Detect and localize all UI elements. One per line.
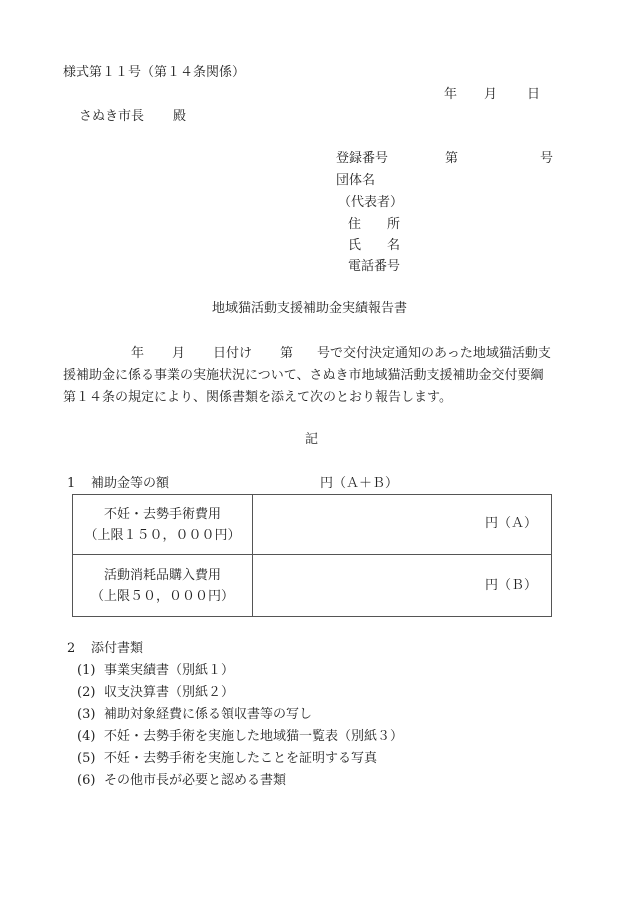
table-row-supplies-label: 活動消耗品購入費用 （上限５０，０００円） (73, 565, 252, 607)
address-label: 住 所 (348, 217, 400, 233)
surgery-cost-label: 不妊・去勢手術費用 (73, 504, 252, 525)
list-item-num: (2) (77, 685, 95, 701)
section1-number: 1 (67, 476, 75, 492)
phone-number-label: 電話番号 (348, 259, 400, 275)
list-item: 不妊・去勢手術を実施した地域猫一覧表（別紙３） (104, 729, 403, 745)
list-item: 事業実績書（別紙１） (104, 663, 234, 679)
surgery-cost-limit: （上限１５０，０００円） (73, 525, 252, 546)
date-year-label: 年 (444, 87, 457, 103)
section2-label: 添付書類 (91, 641, 143, 657)
addressee-honorific: 殿 (173, 109, 186, 125)
representative-label: （代表者） (338, 195, 403, 211)
document-title: 地域猫活動支援補助金実績報告書 (212, 301, 407, 317)
organization-name-label: 団体名 (336, 173, 375, 189)
list-item-num: (4) (77, 729, 95, 745)
date-month-label: 月 (484, 87, 497, 103)
section2-number: 2 (67, 641, 75, 657)
body-line3: 第１４条の規定により、関係書類を添えて次のとおり報告します。 (63, 390, 452, 406)
registration-number-label: 登録番号 (336, 151, 388, 167)
table-column-divider (252, 495, 253, 616)
supplies-amount-suffix: 円（Ｂ） (485, 578, 537, 594)
list-item-num: (6) (77, 773, 95, 789)
list-item: 不妊・去勢手術を実施したことを証明する写真 (104, 751, 377, 767)
date-day-label: 日 (527, 87, 540, 103)
body-dai: 第 (280, 346, 293, 362)
addressee-name: さぬき市長 (79, 109, 144, 125)
table-row-divider (73, 554, 551, 555)
body-day: 日付け (213, 346, 252, 362)
total-amount-suffix: 円（Ａ＋Ｂ） (320, 476, 398, 492)
section1-label: 補助金等の額 (91, 476, 169, 492)
surgery-amount-suffix: 円（Ａ） (485, 516, 537, 532)
name-label: 氏 名 (348, 238, 400, 254)
list-item: 収支決算書（別紙２） (104, 685, 234, 701)
subsidy-amount-table: 不妊・去勢手術費用 （上限１５０，０００円） 円（Ａ） 活動消耗品購入費用 （上… (72, 494, 552, 617)
supplies-cost-label: 活動消耗品購入費用 (73, 565, 252, 586)
body-year: 年 (131, 346, 144, 362)
list-item-num: (3) (77, 707, 95, 723)
registration-go-label: 号 (540, 151, 553, 167)
list-item: その他市長が必要と認める書類 (104, 773, 286, 789)
body-line2: 援補助金に係る事業の実施状況について、さぬき市地域猫活動支援補助金交付要綱 (63, 368, 543, 384)
list-item-num: (1) (77, 663, 95, 679)
list-item-num: (5) (77, 751, 95, 767)
body-line1-rest: 号で交付決定通知のあった地域猫活動支 (317, 346, 551, 362)
list-item: 補助対象経費に係る領収書等の写し (104, 707, 312, 723)
registration-dai-label: 第 (445, 151, 458, 167)
body-month: 月 (172, 346, 185, 362)
supplies-cost-limit: （上限５０，０００円） (73, 586, 252, 607)
ki-heading: 記 (305, 432, 318, 448)
table-row-surgery-label: 不妊・去勢手術費用 （上限１５０，０００円） (73, 504, 252, 546)
form-number: 様式第１１号（第１４条関係） (63, 65, 245, 81)
